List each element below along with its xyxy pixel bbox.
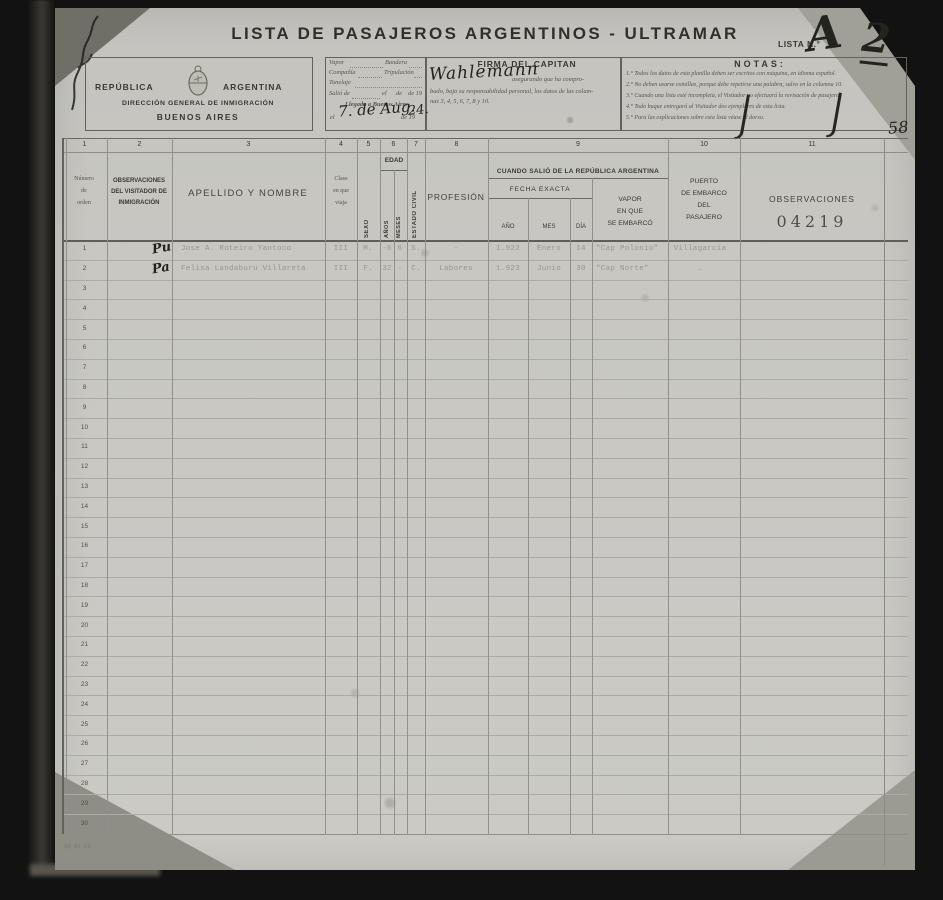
grid-vline — [570, 198, 571, 834]
grid-hline — [62, 537, 908, 538]
column-number: 2 — [138, 141, 142, 148]
grid-vline — [325, 138, 326, 834]
cell-dia: 30 — [576, 265, 586, 273]
header-col4-l2: en que — [333, 188, 349, 194]
ship-compania-label: Compañía — [329, 69, 356, 76]
grid-hline — [62, 834, 908, 835]
grid-hline — [62, 616, 908, 617]
row-number: 1 — [83, 245, 87, 252]
header-vapor-l2: EN QUE — [617, 208, 643, 215]
agency-buenos-aires: BUENOS AIRES — [157, 112, 239, 122]
row-number: 6 — [83, 344, 87, 351]
grid-hline — [62, 596, 908, 597]
scanned-passenger-list-page: LISTA DE PASAJEROS ARGENTINOS - ULTRAMAR… — [0, 0, 943, 900]
cell-vapor: "Cap Norte" — [596, 265, 649, 273]
grid-vline — [884, 138, 885, 866]
ship-salio-line — [352, 90, 380, 99]
grid-hline — [62, 636, 908, 637]
grid-vline — [394, 170, 395, 834]
grid-hline — [62, 794, 908, 795]
grid-vline — [172, 138, 173, 834]
grid-hline — [62, 577, 908, 578]
cell-clase: III — [334, 265, 348, 273]
grid-hline — [62, 814, 908, 815]
header-col4-l3: viaja — [335, 200, 347, 206]
ship-tonelaje-line — [355, 79, 422, 88]
ship-vapor-line — [350, 59, 383, 68]
book-spine-shadow — [26, 0, 55, 870]
grid-hline — [62, 260, 908, 261]
header-col10-l4: PASAJERO — [686, 214, 722, 221]
ship-llegada-el: el — [330, 114, 335, 121]
grid-vline — [425, 138, 426, 834]
row-number: 3 — [83, 285, 87, 292]
row-number: 2 — [83, 265, 87, 272]
column-number: 3 — [247, 141, 251, 148]
cell-ano: 1.923 — [496, 265, 520, 273]
header-fecha-exacta: FECHA EXACTA — [510, 186, 571, 193]
lista-n-value-a: A — [802, 4, 845, 62]
cell-sexo: F. — [363, 265, 373, 273]
row-number: 22 — [81, 661, 88, 668]
header-dia: DÍA — [576, 224, 586, 230]
header-col1-l3: orden — [77, 200, 91, 206]
header-ano: AÑO — [501, 224, 514, 230]
header-col11: OBSERVACIONES — [769, 194, 855, 204]
row-number: 13 — [81, 483, 88, 490]
visitor-ink-mark: Pa — [151, 259, 171, 277]
ship-bandera-label: Bandera — [385, 59, 407, 66]
grid-hline — [62, 735, 908, 736]
cell-mes: Junio — [537, 265, 561, 273]
cell-estado: S. — [411, 245, 421, 253]
ship-tripulacion-line — [414, 69, 422, 78]
cell-profesion: Labores — [439, 265, 473, 273]
header-sexo: SEXO — [364, 198, 370, 238]
column-number: 6 — [392, 141, 396, 148]
header-col4-l1: Clase — [334, 176, 347, 182]
grid-hline — [62, 656, 908, 657]
grid-hline — [62, 695, 908, 696]
row-number: 5 — [83, 325, 87, 332]
ship-salio-label: Salió de — [329, 90, 350, 97]
stamp-number: 04219 — [777, 212, 848, 231]
grid-hline — [62, 280, 908, 281]
nota-2: 2.° No deben usarse comillas, porque deb… — [626, 82, 843, 88]
grid-hline — [62, 676, 908, 677]
row-number: 30 — [81, 820, 88, 827]
cell-puerto: . — [698, 265, 703, 273]
grid-vline — [740, 138, 741, 834]
row-number: 24 — [81, 701, 88, 708]
cell-estado: C. — [411, 265, 421, 273]
grid-hline — [62, 458, 908, 459]
header-estado-civil: ESTADO CIVIL — [412, 186, 418, 238]
cell-meses: 6 — [398, 245, 403, 253]
row-number: 26 — [81, 740, 88, 747]
grid-hline — [62, 398, 908, 399]
grid-hline — [62, 478, 908, 479]
ship-salio-el: el — [382, 90, 387, 97]
grid-hline — [62, 715, 908, 716]
row-number: 25 — [81, 721, 88, 728]
column-number: 8 — [455, 141, 459, 148]
column-number: 11 — [808, 141, 815, 148]
row-number: 20 — [81, 622, 88, 629]
header-col10-l3: DEL — [697, 202, 710, 209]
grid-hline — [62, 138, 908, 139]
header-col2-l3: INMIGRACIÓN — [119, 200, 160, 206]
cell-meses: - — [398, 265, 403, 273]
nota-1: 1.° Todos los datos de esta planilla deb… — [626, 71, 836, 77]
column-number: 10 — [700, 141, 708, 148]
row-number: 19 — [81, 602, 88, 609]
row-number: 29 — [81, 800, 88, 807]
cell-sexo: M. — [363, 245, 373, 253]
printer-imprint: 30 41 23 — [64, 844, 91, 850]
ship-salio-de: de — [396, 90, 402, 97]
column-number: 4 — [339, 141, 343, 148]
row-number: 18 — [81, 582, 88, 589]
row-number: 28 — [81, 780, 88, 787]
grid-vline — [407, 138, 408, 834]
cell-clase: III — [334, 245, 348, 253]
grid-vline — [488, 138, 489, 834]
cell-anos: -6 — [382, 245, 392, 253]
row-number: 16 — [81, 542, 88, 549]
ship-bandera-line — [409, 59, 422, 68]
grid-vline — [66, 138, 67, 834]
grid-vline — [592, 178, 593, 834]
grid-hline — [62, 775, 908, 776]
row-number: 11 — [81, 443, 88, 450]
page-title: LISTA DE PASAJEROS ARGENTINOS - ULTRAMAR — [231, 24, 738, 44]
grid-hline — [62, 152, 908, 153]
row-number: 7 — [83, 364, 87, 371]
row-number: 27 — [81, 760, 88, 767]
grid-hline — [62, 319, 908, 320]
header-col10-l2: DE EMBARCO — [681, 190, 727, 197]
header-col3: APELLIDO Y NOMBRE — [188, 188, 308, 199]
captain-note-line1: asegurando que ha compro- — [512, 76, 584, 83]
row-number: 14 — [81, 503, 88, 510]
header-meses: MESES — [396, 204, 402, 238]
header-vapor-l1: VAPOR — [618, 196, 641, 203]
ship-tonelaje-label: Tonelaje — [329, 79, 351, 86]
grid-hline — [62, 418, 908, 419]
grid-hline — [62, 339, 908, 340]
header-col9-group: CUANDO SALIÓ DE LA REPÚBLICA ARGENTINA — [497, 168, 659, 175]
row-number: 4 — [83, 305, 87, 312]
cell-name: Felisa Landaburu Villareta — [181, 265, 306, 273]
row-number: 9 — [83, 404, 87, 411]
coat-of-arms — [184, 64, 212, 98]
column-number: 7 — [414, 141, 418, 148]
header-col10-l1: PUERTO — [690, 178, 718, 185]
row-number: 10 — [81, 424, 88, 431]
grid-hline — [62, 240, 908, 242]
column-number: 9 — [576, 141, 580, 148]
grid-vline — [528, 198, 529, 834]
ship-tripulacion-label: Tripulación — [384, 69, 414, 76]
cell-profesion: - — [454, 245, 459, 253]
cell-dia: 14 — [576, 245, 586, 253]
grid-vline — [62, 138, 64, 834]
grid-hline — [62, 517, 908, 518]
cell-puerto: Villagarcia — [674, 245, 727, 253]
grid-vline — [668, 138, 669, 834]
nota-3: 3.° Cuando una lista esté incompleta, el… — [626, 93, 841, 99]
grid-vline — [357, 138, 358, 834]
agency-republica: REPÚBLICA — [95, 82, 154, 92]
row-number: 17 — [81, 562, 88, 569]
row-number: 21 — [81, 641, 88, 648]
header-col1-l1: Número — [74, 176, 94, 182]
grid-hline — [62, 557, 908, 558]
header-mes: MES — [542, 224, 555, 230]
agency-argentina: ARGENTINA — [223, 82, 283, 92]
grid-hline — [62, 379, 908, 380]
column-number: 1 — [83, 141, 87, 148]
column-number: 5 — [367, 141, 371, 148]
grid-hline — [488, 198, 592, 199]
cell-vapor: "Cap Polonio" — [596, 245, 658, 253]
ship-vapor-label: Vapor — [329, 59, 344, 66]
cell-anos: 32 — [382, 265, 392, 273]
cell-mes: Enero — [537, 245, 561, 253]
grid-vline — [380, 138, 381, 834]
ship-salio-de19: de 19 — [408, 90, 422, 97]
grid-hline — [488, 178, 668, 179]
row-number: 23 — [81, 681, 88, 688]
header-col8: PROFESIÓN — [427, 192, 484, 202]
header-anos: AÑOS — [384, 206, 390, 238]
row-number: 15 — [81, 523, 88, 530]
grid-vline — [107, 138, 108, 834]
grid-hline — [62, 359, 908, 360]
cell-ano: 1.922 — [496, 245, 520, 253]
grid-hline — [62, 438, 908, 439]
ship-compania-line — [358, 69, 382, 78]
row-number: 12 — [81, 463, 88, 470]
agency-direccion: DIRECCIÓN GENERAL DE INMIGRACIÓN — [122, 100, 274, 107]
header-vapor-l3: SE EMBARCÓ — [607, 220, 652, 227]
grid-hline — [62, 299, 908, 300]
header-col2-l1: OBSERVACIONES — [113, 178, 165, 184]
header-edad: EDAD — [385, 157, 403, 164]
grid-hline — [62, 497, 908, 498]
captain-note-line2: bado, bajo su responsabilidad personal, … — [430, 88, 593, 95]
visitor-ink-mark: Pu — [151, 239, 173, 257]
header-col1-l2: de — [81, 188, 87, 194]
header-col2-l2: DEL VISITADOR DE — [111, 189, 167, 195]
nota-4: 4.° Todo buque entregará al Visitador do… — [626, 104, 786, 110]
captain-note-line3: nas 3, 4, 5, 6, 7, 8 y 10. — [430, 98, 490, 105]
sheet-number-handwritten: 58 — [887, 117, 909, 137]
grid-hline — [62, 755, 908, 756]
row-number: 8 — [83, 384, 87, 391]
notas-title: NOTAS: — [734, 59, 786, 69]
cell-name: Jose A. Roteiro Yantoco — [181, 245, 291, 253]
